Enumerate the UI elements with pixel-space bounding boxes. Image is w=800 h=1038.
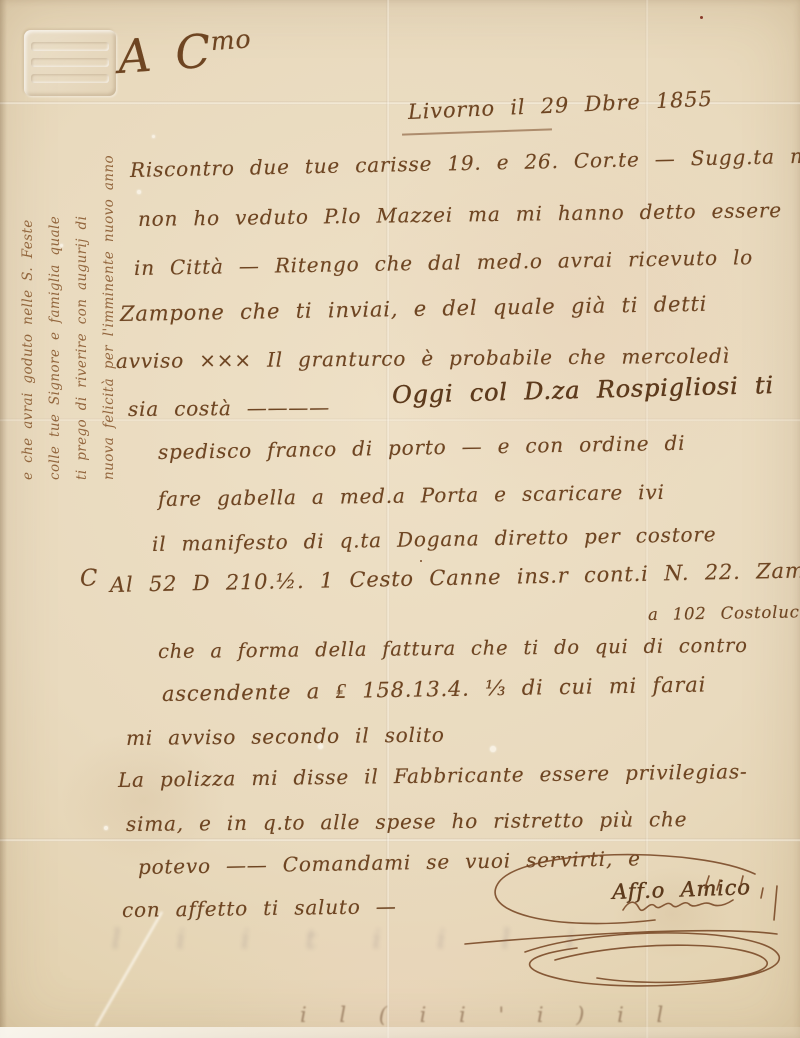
signature-loop — [495, 855, 755, 924]
show-through-text: i l ( i i ' i ) i l — [300, 1003, 676, 1027]
salutation-text: A C — [116, 24, 213, 84]
salutation: A Cmo — [116, 21, 254, 84]
paper-fleck — [152, 135, 155, 138]
scan-edge-bottom — [0, 1027, 800, 1038]
embossed-paper-seal-icon — [24, 30, 116, 96]
body-line: con affetto ti saluto — — [122, 894, 397, 922]
signature-scribble — [623, 900, 733, 910]
salutation-superscript: mo — [210, 24, 253, 56]
ink-speck — [420, 560, 422, 562]
embossed-seal-ridge — [31, 58, 109, 67]
embossed-seal-ridge — [31, 42, 109, 51]
body-line: sia costà ———— — [128, 395, 330, 421]
margin-note-line: nuova felicità per l'imminente nuovo ann… — [96, 120, 123, 480]
embossed-seal-ridge — [31, 74, 109, 83]
paper-fleck — [490, 746, 496, 752]
paper-fleck — [318, 744, 323, 749]
pen-stroke-mark — [774, 886, 777, 920]
paper-fleck — [137, 190, 141, 194]
paper-fleck — [60, 244, 63, 247]
margin-note-line: ti prego di riverire con augurij di — [69, 120, 96, 480]
ink-speck — [700, 16, 703, 19]
margin-note-line: e che avrai goduto nelle S. Feste — [15, 120, 42, 480]
margin-note: e che avrai goduto nelle S. Feste colle … — [15, 120, 133, 480]
paper-edge-shadow — [0, 0, 7, 1038]
body-line: a 102 Costolucci — [648, 602, 800, 624]
show-through-text: l i i t i i l i — [112, 925, 599, 955]
body-line: mi avviso secondo il solito — [126, 723, 445, 750]
fold-crease-horizontal — [0, 838, 800, 842]
margin-mark: C — [79, 565, 99, 592]
paper-fleck — [104, 826, 108, 830]
body-line: sima, e in q.to alle spese ho ristretto … — [126, 807, 688, 836]
page-background: { "letter": { "kind": "scanned handwritt… — [0, 0, 800, 1038]
signature-ticks — [705, 876, 763, 898]
margin-note-line: colle tue Signore e famiglia quale — [42, 120, 69, 480]
